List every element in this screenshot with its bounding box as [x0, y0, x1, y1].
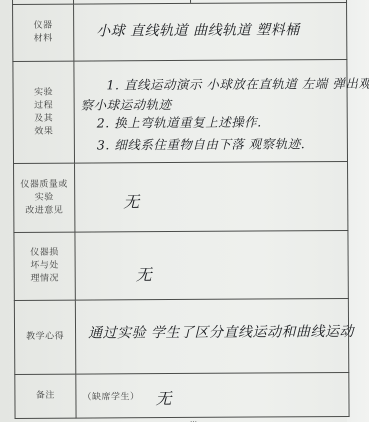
quality-label: 仪器质量或 实验 改进意见: [14, 163, 75, 232]
notes-wrap: （缺席学生） 无: [76, 381, 348, 410]
quality-content: 无: [75, 161, 348, 232]
form-row-damage: 仪器损 坏与处 理情况 无: [14, 230, 348, 300]
damage-label: 仪器损 坏与处 理情况: [14, 232, 75, 300]
form-row-process: 实验 过程 及其 效果 1. 直线运动演示 小球放在直轨道 左端 弹出观 察小球…: [13, 59, 348, 163]
form-row-notes: 备注 （缺席学生） 无: [15, 372, 349, 418]
materials-content: 小球 直线轨道 曲线轨道 塑料桶: [74, 2, 347, 61]
label-line: 仪器: [13, 20, 73, 33]
notes-value: 无: [155, 386, 172, 409]
label-line: 过程: [14, 99, 74, 112]
label-line: 材料: [13, 33, 73, 46]
damage-value: 无: [136, 262, 153, 285]
reflection-label: 教学心得: [14, 300, 75, 374]
process-content: 1. 直线运动演示 小球放在直轨道 左端 弹出观 察小球运动轨迹 2. 换上弯轨…: [74, 59, 348, 163]
label-line: 教学心得: [15, 331, 75, 344]
process-label: 实验 过程 及其 效果: [13, 61, 75, 163]
label-line: 坏与处: [15, 260, 75, 273]
footer-fragment: …: [190, 416, 198, 422]
quality-value: 无: [123, 189, 140, 212]
form-row-reflection: 教学心得 通过实验 学生了区分直线运动和曲线运动: [14, 298, 348, 374]
materials-value: 小球 直线轨道 曲线轨道 塑料桶: [74, 19, 346, 45]
reflection-content: 通过实验 学生了区分直线运动和曲线运动: [75, 298, 348, 374]
damage-content: 无: [75, 230, 348, 300]
label-line: 及其: [14, 112, 74, 125]
process-text: 1. 直线运动演示 小球放在直轨道 左端 弹出观 察小球运动轨迹 2. 换上弯轨…: [74, 65, 347, 157]
label-line: 理情况: [15, 273, 75, 286]
paper-margin: [347, 0, 369, 422]
experiment-record-form: 仪器 材料 小球 直线轨道 曲线轨道 塑料桶 实验 过程 及其 效果 1. 直线…: [12, 0, 350, 419]
label-line: 效果: [14, 125, 74, 138]
notes-label: 备注: [15, 374, 76, 418]
label-line: 备注: [15, 390, 75, 403]
form-row-materials: 仪器 材料 小球 直线轨道 曲线轨道 塑料桶: [13, 2, 347, 61]
label-line: 实验: [14, 191, 74, 204]
label-line: 实验: [14, 86, 74, 99]
absent-students-label: （缺席学生）: [82, 389, 139, 402]
label-line: 仪器损: [15, 247, 75, 260]
form-row-quality: 仪器质量或 实验 改进意见 无: [14, 161, 348, 232]
label-line: 仪器质量或: [14, 178, 74, 191]
notes-content: （缺席学生） 无: [76, 372, 349, 418]
reflection-value: 通过实验 学生了区分直线运动和曲线运动: [76, 320, 348, 352]
process-line-3: 3. 细线系住重物自由下落 观察轨迹.: [81, 131, 343, 157]
materials-label: 仪器 材料: [13, 4, 74, 61]
label-line: 改进意见: [14, 204, 74, 217]
